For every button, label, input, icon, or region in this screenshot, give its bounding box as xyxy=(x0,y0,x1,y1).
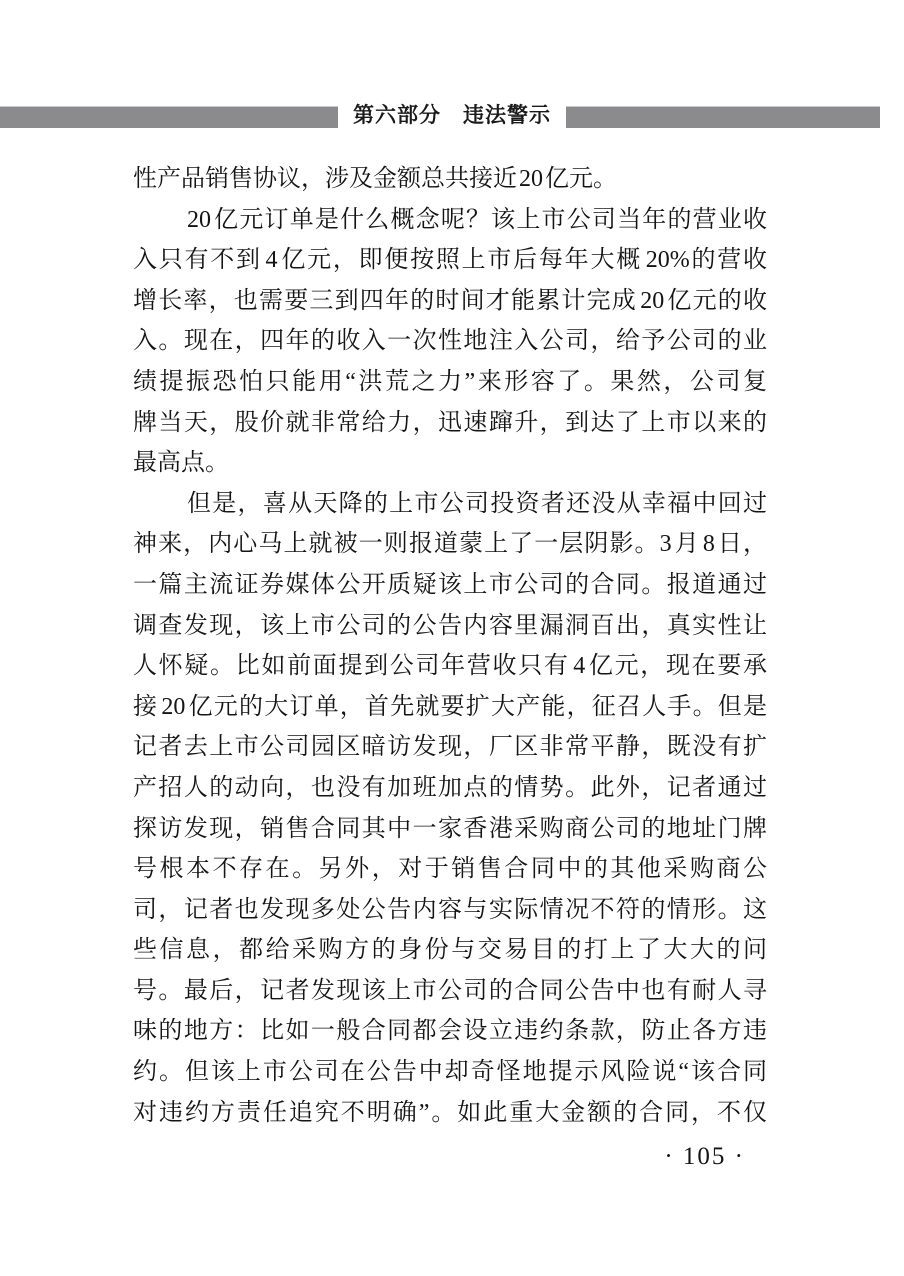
text-line: 但是，喜从天降的上市公司投资者还没从幸福中回过 xyxy=(133,484,767,525)
text-line: 对违约方责任追究不明确”。如此重大金额的合同，不仅 xyxy=(133,1093,767,1134)
text-line: 约。但该上市公司在公告中却奇怪地提示风险说“该合同 xyxy=(133,1052,767,1093)
text-line: 产招人的动向，也没有加班加点的情势。此外，记者通过 xyxy=(133,768,767,809)
text-line: 入只有不到 4 亿元，即便按照上市后每年大概 20%的营收 xyxy=(133,240,767,281)
book-page: 第六部分 违法警示 性产品销售协议，涉及金额总共接近 20 亿元。20 亿元订单… xyxy=(0,0,904,1276)
text-line: 接 20 亿元的大订单，首先就要扩大产能，征召人手。但是 xyxy=(133,687,767,728)
running-header-title: 第六部分 违法警示 xyxy=(0,102,904,130)
body-text: 性产品销售协议，涉及金额总共接近 20 亿元。20 亿元订单是什么概念呢？该上市… xyxy=(133,159,767,1133)
text-line: 20 亿元订单是什么概念呢？该上市公司当年的营业收 xyxy=(133,200,767,241)
text-line: 入。现在，四年的收入一次性地注入公司，给予公司的业 xyxy=(133,321,767,362)
page-number: · 105 · xyxy=(133,1142,745,1172)
text-line: 增长率，也需要三到四年的时间才能累计完成 20 亿元的收 xyxy=(133,281,767,322)
text-line: 号。最后，记者发现该上市公司的合同公告中也有耐人寻 xyxy=(133,971,767,1012)
text-line: 记者去上市公司园区暗访发现，厂区非常平静，既没有扩 xyxy=(133,727,767,768)
text-line: 些信息，都给采购方的身份与交易目的打上了大大的问 xyxy=(133,930,767,971)
text-line: 调查发现，该上市公司的公告内容里漏洞百出，真实性让 xyxy=(133,606,767,647)
text-line: 探访发现，销售合同其中一家香港采购商公司的地址门牌 xyxy=(133,809,767,850)
text-line: 司，记者也发现多处公告内容与实际情况不符的情形。这 xyxy=(133,890,767,931)
text-line: 号根本不存在。另外，对于销售合同中的其他采购商公 xyxy=(133,849,767,890)
text-line: 牌当天，股价就非常给力，迅速蹿升，到达了上市以来的 xyxy=(133,403,767,444)
text-line: 神来，内心马上就被一则报道蒙上了一层阴影。3 月 8 日， xyxy=(133,524,767,565)
text-line: 一篇主流证券媒体公开质疑该上市公司的合同。报道通过 xyxy=(133,565,767,606)
text-line: 人怀疑。比如前面提到公司年营收只有 4 亿元，现在要承 xyxy=(133,646,767,687)
text-line: 绩提振恐怕只能用“洪荒之力”来形容了。果然，公司复 xyxy=(133,362,767,403)
text-line: 性产品销售协议，涉及金额总共接近 20 亿元。 xyxy=(133,159,767,200)
text-line: 最高点。 xyxy=(133,443,767,484)
text-line: 味的地方：比如一般合同都会设立违约条款，防止各方违 xyxy=(133,1011,767,1052)
